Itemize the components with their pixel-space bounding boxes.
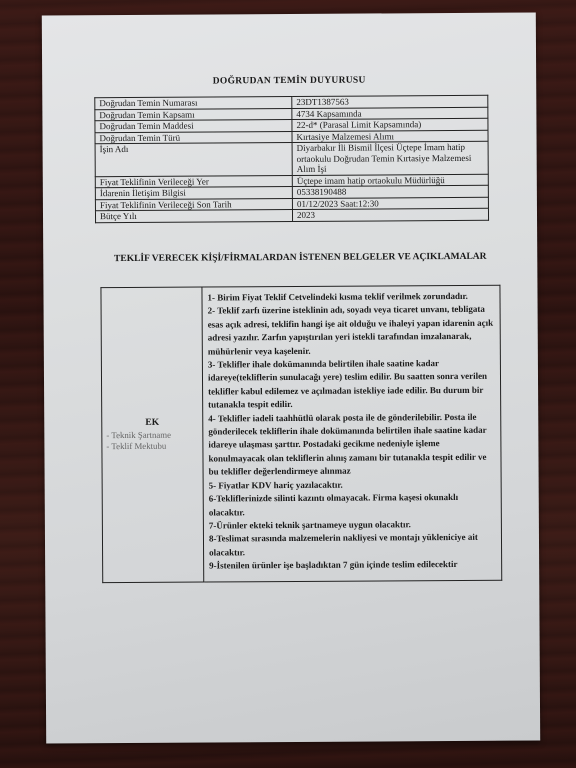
attachment-item: - Teknik Şartname — [106, 430, 198, 442]
info-table: Doğrudan Temin Numarası23DT1387563Doğrud… — [94, 95, 489, 223]
info-value: Diyarbakır İli Bismil İlçesi Üçtepe İmam… — [292, 141, 488, 175]
requirement-item: 9-İstenilen ürünler işe başladıktan 7 gü… — [209, 558, 495, 573]
section-title: TEKLİF VERECEK KİŞİ/FİRMALARDAN İSTENEN … — [103, 251, 497, 265]
info-value: 2023 — [292, 208, 488, 221]
requirement-item: 6-Tekliflerinizde silinti kazıntı olmaya… — [209, 491, 495, 520]
requirements-cell: 1- Birim Fiyat Teklif Cetvelindeki kısma… — [202, 285, 502, 581]
attachment-item: - Teklif Mektubu — [106, 441, 198, 453]
requirement-item: 2- Teklif zarfı üzerine isteklinin adı, … — [208, 303, 494, 358]
attachments-title: EK — [106, 417, 198, 431]
requirement-item: 3- Teklifler ihale dokümanında belirtile… — [208, 357, 494, 412]
document-title: DOĞRUDAN TEMİN DUYURUSU — [42, 74, 536, 87]
info-label: İşin Adı — [95, 142, 292, 176]
requirement-item: 8-Teslimat sırasında malzemelerin nakliy… — [209, 531, 495, 560]
info-row: Bütçe Yılı2023 — [95, 208, 488, 222]
attachments-cell: EK - Teknik Şartname - Teklif Mektubu — [101, 287, 204, 582]
requirements-table: EK - Teknik Şartname - Teklif Mektubu 1-… — [100, 285, 502, 583]
info-row: İşin AdıDiyarbakır İli Bismil İlçesi Üçt… — [95, 141, 488, 176]
info-label: Bütçe Yılı — [95, 209, 292, 222]
requirement-item: 4- Teklifler iadeli taahhütlü olarak pos… — [208, 410, 494, 479]
paper-sheet: DOĞRUDAN TEMİN DUYURUSU Doğrudan Temin N… — [42, 12, 540, 743]
